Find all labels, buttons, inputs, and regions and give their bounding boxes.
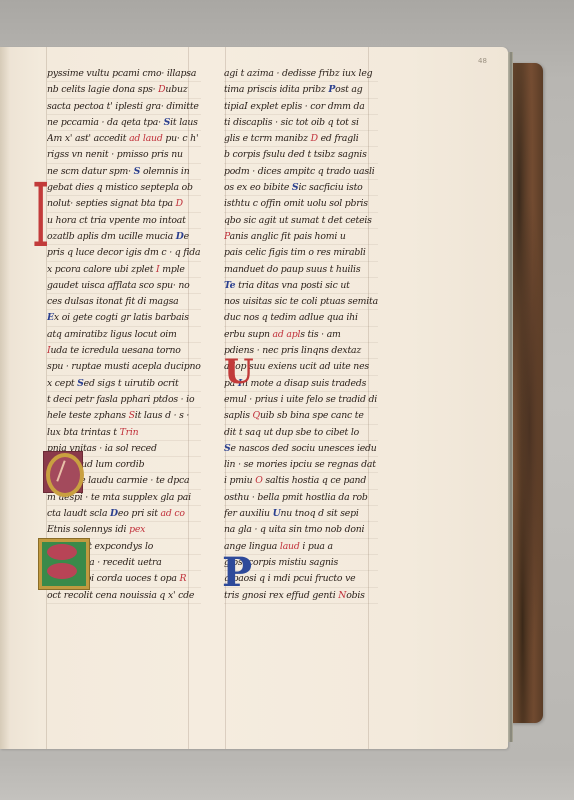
text-segment: ubuz bbox=[165, 84, 187, 95]
rubric-text: D bbox=[311, 133, 318, 144]
text-line: ne scm datur spm· S olemnis in bbox=[47, 164, 201, 180]
text-segment: uib sb bina spe canc te bbox=[260, 410, 364, 421]
text-segment: e bbox=[184, 231, 189, 242]
rubric-text: ad co bbox=[161, 508, 185, 519]
text-line: Ex oi gete cogti gr latis barbais bbox=[47, 310, 201, 326]
text-segment: emul · prius i uite felo se tradid di bbox=[224, 394, 377, 405]
text-segment: podm · dices ampitc q trado uasli bbox=[224, 166, 375, 177]
text-segment: saltis hostia q ce pand bbox=[263, 475, 366, 486]
text-segment: agi t azima · dedisse fribz iux leg bbox=[224, 68, 372, 79]
text-line: sacta pectoa t' iplesti gra· dimitte bbox=[47, 99, 201, 115]
rubric-text: ad apl bbox=[273, 329, 301, 340]
text-line: ti discaplis · sic tot oib q tot si bbox=[224, 115, 378, 131]
text-segment: lux bta trintas t bbox=[47, 427, 120, 438]
text-line: Iuda te icredula uesana torno bbox=[47, 343, 201, 359]
rubric-text: Q bbox=[253, 410, 260, 421]
text-segment: dit t saq ut dup sbe to cibet lo bbox=[224, 427, 359, 438]
text-segment: x oi gete cogti gr latis barbais bbox=[54, 312, 189, 323]
text-segment: pris q luce decor igis dm c · q fida bbox=[47, 247, 200, 258]
text-line: lin · se mories ipciu se regnas dat bbox=[224, 457, 378, 473]
text-segment: pu· c h' bbox=[163, 133, 199, 144]
text-segment: atq amiratibz ligus locut oim bbox=[47, 329, 177, 340]
text-segment: ost ag bbox=[335, 84, 362, 95]
text-column-right: agi t azima · dedisse fribz iux legtima … bbox=[224, 66, 378, 604]
text-line: nolut· septies signat bta tpa D bbox=[47, 196, 201, 212]
text-segment: rigss vn nenit · pmisso pris nu bbox=[47, 149, 183, 160]
book-binding-leather bbox=[509, 63, 543, 723]
text-line: manduet do paup suus t huilis bbox=[224, 262, 378, 278]
text-segment: hele teste zphans bbox=[47, 410, 129, 421]
text-segment: ic sacficiu isto bbox=[298, 182, 362, 193]
text-segment: ne pccamia · da qeta tpa· bbox=[47, 117, 164, 128]
text-line: dit t saq ut dup sbe to cibet lo bbox=[224, 425, 378, 441]
rubric-text: R bbox=[180, 573, 187, 584]
text-segment: oct recolit cena nouissia q x' cde bbox=[47, 590, 194, 601]
illuminated-initial-O bbox=[43, 451, 83, 493]
text-line: pais celic figis tim o res mirabli bbox=[224, 245, 378, 261]
text-segment: nos uisitas sic te coli ptuas semitas bbox=[224, 296, 378, 307]
text-line: agi t azima · dedisse fribz iux leg bbox=[224, 66, 378, 82]
text-line: Se nascos ded sociu unesces iedu bbox=[224, 441, 378, 457]
text-line: pris q luce decor igis dm c · q fida bbox=[47, 245, 201, 261]
text-segment: isthtu c offin omit uolu sol pbris bbox=[224, 198, 368, 209]
text-line: nb celits lagie dona sps· Dubuz bbox=[47, 82, 201, 98]
lombard-initial: D bbox=[176, 231, 184, 242]
initial-U-red: U bbox=[224, 355, 254, 389]
text-segment: ne scm datur spm· bbox=[47, 166, 134, 177]
text-segment: anis anglic fit pais homi u bbox=[230, 231, 346, 242]
text-segment: olemnis in bbox=[140, 166, 189, 177]
text-segment: uda te icredula uesana torno bbox=[50, 345, 180, 356]
text-line: erbu supn ad apls tis · am bbox=[224, 327, 378, 343]
text-line: isthtu c offin omit uolu sol pbris bbox=[224, 196, 378, 212]
text-segment: sacta pectoa t' iplesti gra· dimitte bbox=[47, 101, 199, 112]
text-segment: ozatlb aplis dm ucille mucia bbox=[47, 231, 176, 242]
text-line: qbo sic agit ut sumat t det ceteis bbox=[224, 213, 378, 229]
text-line: emul · prius i uite felo se tradid di bbox=[224, 392, 378, 408]
text-line: Te tria ditas vna posti sic ut bbox=[224, 278, 378, 294]
text-line: saplis Quib sb bina spe canc te bbox=[224, 408, 378, 424]
text-line: Am x' ast' accedit ad laud pu· c h' bbox=[47, 131, 201, 147]
text-segment: ed fragli bbox=[318, 133, 359, 144]
text-segment: duc nos q tedim adlue qua ihi bbox=[224, 312, 358, 323]
illuminated-initial-S bbox=[38, 538, 90, 590]
text-line: duc nos q tedim adlue qua ihi bbox=[224, 310, 378, 326]
text-segment: spu · ruptae musti acepla ducipnoe bbox=[47, 361, 201, 372]
text-line: x pcora calore ubi zplet I mple bbox=[47, 262, 201, 278]
text-segment: pais celic figis tim o res mirabli bbox=[224, 247, 366, 258]
text-segment: qbo sic agit ut sumat t det ceteis bbox=[224, 215, 372, 226]
text-segment: eo pri sit bbox=[118, 508, 161, 519]
text-segment: na gla · q uita sin tmo nob doni bbox=[224, 524, 364, 535]
text-segment: gebat dies q mistico septepla ob bbox=[47, 182, 193, 193]
text-line: osthu · bella pmit hostlia da rob bbox=[224, 490, 378, 506]
text-segment: tria ditas vna posti sic ut bbox=[235, 280, 349, 291]
text-segment: ed sigs t uirutib ocrit bbox=[84, 378, 179, 389]
text-line: Etnis solennys idi pex bbox=[47, 522, 201, 538]
text-segment: i pmiu bbox=[224, 475, 255, 486]
text-column-left: pyssime vultu pcami cmo· illapsanb celit… bbox=[47, 66, 201, 604]
text-segment: os ex eo bibite bbox=[224, 182, 292, 193]
text-segment: osthu · bella pmit hostlia da rob bbox=[224, 492, 368, 503]
rubric-text: Trin bbox=[120, 427, 139, 438]
text-segment: mple bbox=[160, 264, 185, 275]
rubric-text: ad laud bbox=[129, 133, 163, 144]
text-line: cta laudt scla Deo pri sit ad co bbox=[47, 506, 201, 522]
gutter-shadow bbox=[0, 47, 10, 749]
text-segment: fer auxiliu bbox=[224, 508, 273, 519]
rubric-text: pex bbox=[129, 524, 145, 535]
text-line: glis e tcrm manibz D ed fragli bbox=[224, 131, 378, 147]
rubric-text: D bbox=[176, 198, 183, 209]
rubric-text: laud bbox=[280, 541, 300, 552]
text-line: b corpis fsulu ded t tsibz sagnis bbox=[224, 147, 378, 163]
rubric-text: O bbox=[255, 475, 262, 486]
text-segment: manduet do paup suus t huilis bbox=[224, 264, 360, 275]
text-line: ne pccamia · da qeta tpa· Sit laus bbox=[47, 115, 201, 131]
text-line: pyssime vultu pcami cmo· illapsa bbox=[47, 66, 201, 82]
rubric-text: N bbox=[338, 590, 346, 601]
initial-I-red-flourished: I bbox=[32, 172, 49, 260]
text-segment: pyssime vultu pcami cmo· illapsa bbox=[47, 68, 196, 79]
text-line: podm · dices ampitc q trado uasli bbox=[224, 164, 378, 180]
text-line: fer auxiliu Unu tnoq d sit sepi bbox=[224, 506, 378, 522]
text-segment: it laus bbox=[170, 117, 198, 128]
text-segment: Am x' ast' accedit bbox=[47, 133, 129, 144]
initial-O-gold-ring bbox=[46, 453, 84, 497]
text-segment: glis e tcrm manibz bbox=[224, 133, 311, 144]
text-segment: ti discaplis · sic tot oib q tot si bbox=[224, 117, 359, 128]
text-segment: tima priscis idita pribz bbox=[224, 84, 328, 95]
text-segment: saplis bbox=[224, 410, 253, 421]
text-segment: u hora ct tria vpente mo intoat bbox=[47, 215, 186, 226]
text-line: ozatlb aplis dm ucille mucia De bbox=[47, 229, 201, 245]
text-segment: cta laudt scla bbox=[47, 508, 110, 519]
text-line: u hora ct tria vpente mo intoat bbox=[47, 213, 201, 229]
text-segment: s tis · am bbox=[300, 329, 340, 340]
text-line: atq amiratibz ligus locut oim bbox=[47, 327, 201, 343]
text-segment: gaudet uisca afflata sco spu· no bbox=[47, 280, 190, 291]
text-segment: lin · se mories ipciu se regnas dat bbox=[224, 459, 376, 470]
text-line: hele teste zphans Sit laus d · s · bbox=[47, 408, 201, 424]
text-segment: e nascos ded sociu unesces iedu bbox=[231, 443, 377, 454]
initial-P-blue: P bbox=[222, 553, 252, 593]
text-line: os ex eo bibite Sic sacficiu isto bbox=[224, 180, 378, 196]
lombard-initial: U bbox=[273, 508, 281, 519]
text-line: lux bta trintas t Trin bbox=[47, 425, 201, 441]
text-segment: Etnis solennys idi bbox=[47, 524, 129, 535]
text-segment: n mote a disap suis tradeds bbox=[242, 378, 366, 389]
text-line: i pmiu O saltis hostia q ce pand bbox=[224, 473, 378, 489]
text-segment: nb celits lagie dona sps· bbox=[47, 84, 158, 95]
lombard-initial: E bbox=[47, 312, 54, 323]
text-line: Panis anglic fit pais homi u bbox=[224, 229, 378, 245]
text-line: gaudet uisca afflata sco spu· no bbox=[47, 278, 201, 294]
text-line: nos uisitas sic te coli ptuas semitas bbox=[224, 294, 378, 310]
text-segment: it laus d · s · bbox=[135, 410, 189, 421]
text-line: t deci petr fasla pphari ptdos · io bbox=[47, 392, 201, 408]
text-line: gebat dies q mistico septepla ob bbox=[47, 180, 201, 196]
text-segment: erbu supn bbox=[224, 329, 273, 340]
lombard-initial: D bbox=[110, 508, 118, 519]
initial-S-lower-lobe bbox=[47, 563, 77, 579]
text-segment: b corpis fsulu ded t tsibz sagnis bbox=[224, 149, 367, 160]
text-line: ces dulsas itonat fit di magsa bbox=[47, 294, 201, 310]
text-line: tipiaI explet eplis · cor dmm da bbox=[224, 99, 378, 115]
text-line: spu · ruptae musti acepla ducipnoe bbox=[47, 359, 201, 375]
initial-S-upper-lobe bbox=[47, 544, 77, 560]
text-segment: t deci petr fasla pphari ptdos · io bbox=[47, 394, 194, 405]
text-segment: tipiaI explet eplis · cor dmm da bbox=[224, 101, 365, 112]
text-segment: i pua a bbox=[300, 541, 333, 552]
text-segment: nolut· septies signat bta tpa bbox=[47, 198, 176, 209]
text-segment: obis bbox=[346, 590, 365, 601]
text-segment: ces dulsas itonat fit di magsa bbox=[47, 296, 179, 307]
text-segment: x pcora calore ubi zplet bbox=[47, 264, 156, 275]
text-line: na gla · q uita sin tmo nob doni bbox=[224, 522, 378, 538]
text-line: x cept Sed sigs t uirutib ocrit bbox=[47, 376, 201, 392]
text-segment: x cept bbox=[47, 378, 77, 389]
text-segment: nu tnoq d sit sepi bbox=[281, 508, 359, 519]
lombard-initial: Te bbox=[224, 280, 235, 291]
text-line: rigss vn nenit · pmisso pris nu bbox=[47, 147, 201, 163]
folio-number: 48 bbox=[478, 57, 487, 65]
text-line: tima priscis idita pribz Post ag bbox=[224, 82, 378, 98]
